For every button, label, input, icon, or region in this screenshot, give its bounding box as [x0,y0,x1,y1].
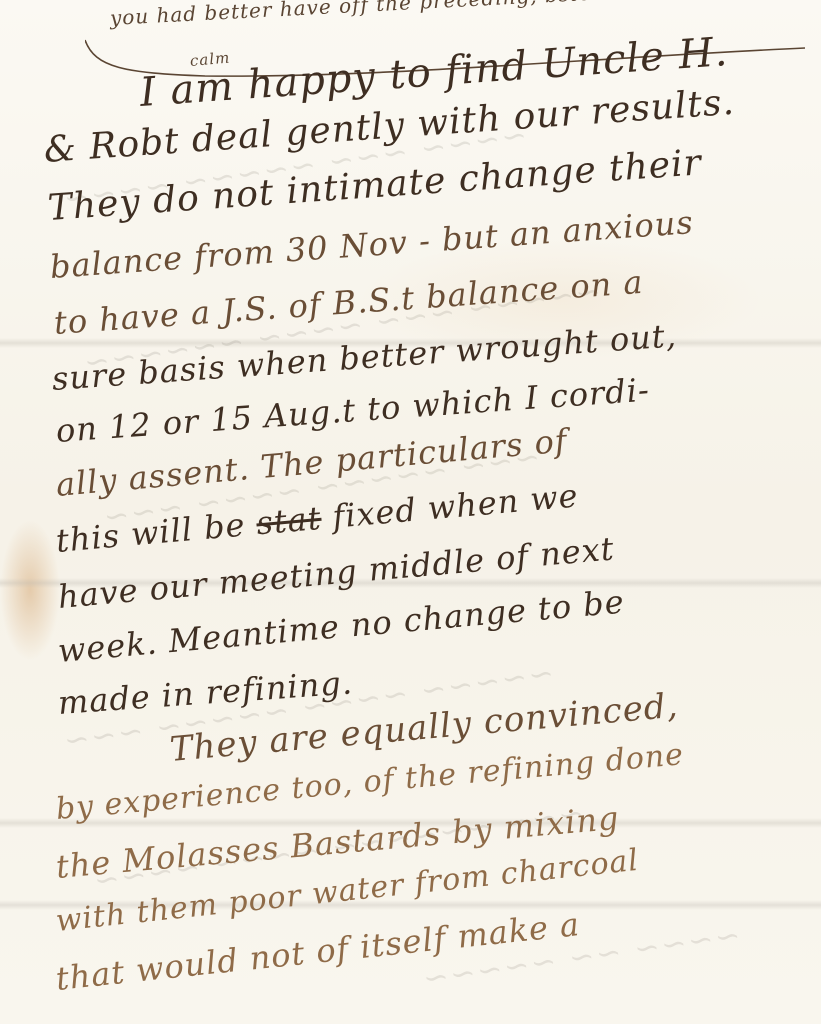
letter-line-9-start: this will be [54,506,247,560]
header-note-struck-word: bstow [544,0,610,7]
struck-text: stat [255,499,323,543]
header-note-tail: cw. dea. [664,0,755,1]
header-note-text: you had better have off the preceding [109,0,530,30]
letter-page: ~~~~ ~~~ ~~~~~ ~~~~ ~~~~~ ~~~ ~~~~ ~~~~~… [0,0,821,1024]
header-note: you had better have off the preceding, b… [109,0,754,30]
